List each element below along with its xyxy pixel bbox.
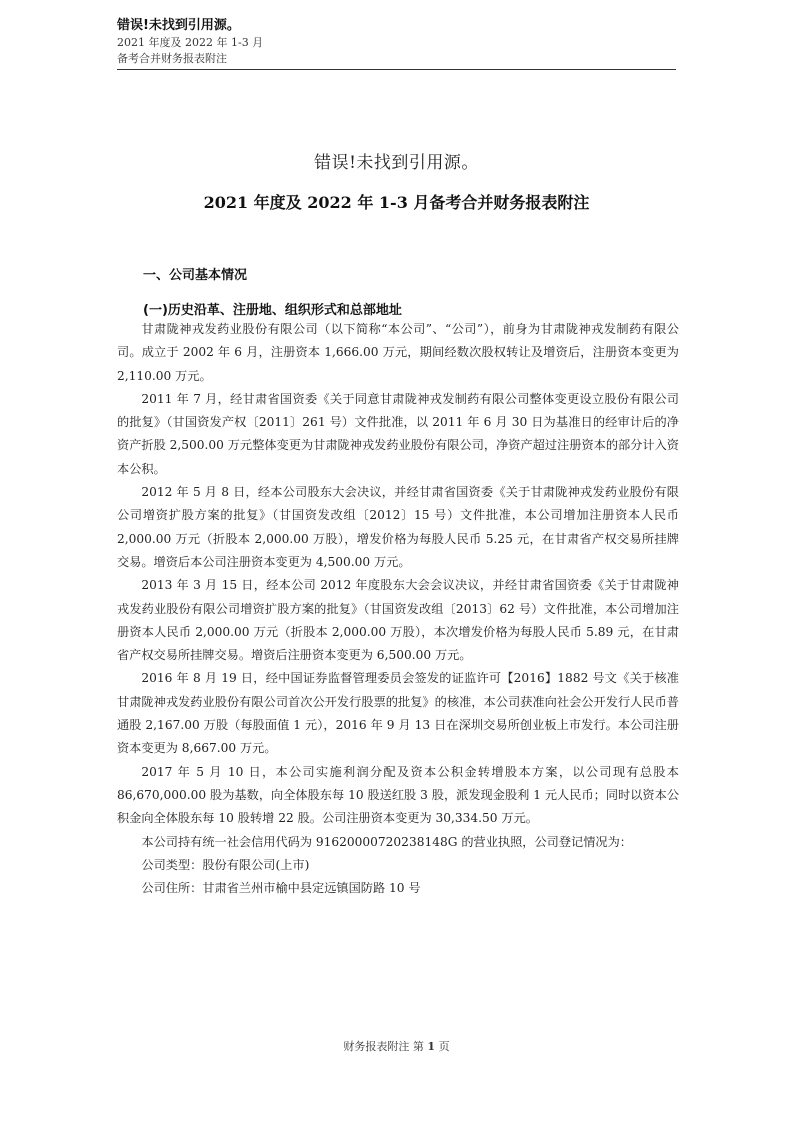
paragraph-company-type: 公司类型：股份有限公司(上市) — [117, 854, 679, 877]
paragraph-business-license: 本公司持有统一社会信用代码为 91620000720238148G 的营业执照，… — [117, 831, 679, 854]
paragraph-2011-restructure: 2011 年 7 月，经甘肃省国资委《关于同意甘肃陇神戎发制药有限公司整体变更设… — [117, 388, 679, 481]
header-title: 错误!未找到引用源。 — [117, 16, 676, 35]
document-error-title: 错误!未找到引用源。 — [0, 148, 793, 173]
paragraph-2012-capital-increase: 2012 年 5 月 8 日，经本公司股东大会决议，并经甘肃省国资委《关于甘肃陇… — [117, 481, 679, 574]
page-header: 错误!未找到引用源。 2021 年度及 2022 年 1-3 月 备考合并财务报… — [117, 16, 676, 70]
paragraph-company-address: 公司住所：甘肃省兰州市榆中县定远镇国防路 10 号 — [117, 877, 679, 900]
page-footer: 财务报表附注 第 1 页 — [0, 1038, 793, 1054]
paragraph-2013-capital-increase: 2013 年 3 月 15 日，经本公司 2012 年度股东大会会议决议，并经甘… — [117, 574, 679, 667]
paragraph-company-origin: 甘肃陇神戎发药业股份有限公司（以下简称“本公司”、“公司”），前身为甘肃陇神戎发… — [117, 318, 679, 388]
paragraph-2016-ipo: 2016 年 8 月 19 日，经中国证券监督管理委员会签发的证监许可【2016… — [117, 667, 679, 760]
footer-suffix: 页 — [439, 1040, 450, 1053]
subsection-heading-history: (一)历史沿革、注册地、组织形式和总部地址 — [143, 299, 402, 318]
page-number: 1 — [427, 1040, 435, 1053]
header-period: 2021 年度及 2022 年 1-3 月 — [117, 35, 676, 51]
header-doc-type: 备考合并财务报表附注 — [117, 51, 676, 67]
document-title: 2021 年度及 2022 年 1-3 月备考合并财务报表附注 — [0, 190, 793, 213]
section-heading-company-basics: 一、公司基本情况 — [143, 264, 247, 283]
body-text: 甘肃陇神戎发药业股份有限公司（以下简称“本公司”、“公司”），前身为甘肃陇神戎发… — [117, 318, 679, 900]
paragraph-2017-dividend: 2017 年 5 月 10 日，本公司实施利润分配及资本公积金转增股本方案，以公… — [117, 761, 679, 831]
footer-label: 财务报表附注 第 — [343, 1040, 424, 1053]
